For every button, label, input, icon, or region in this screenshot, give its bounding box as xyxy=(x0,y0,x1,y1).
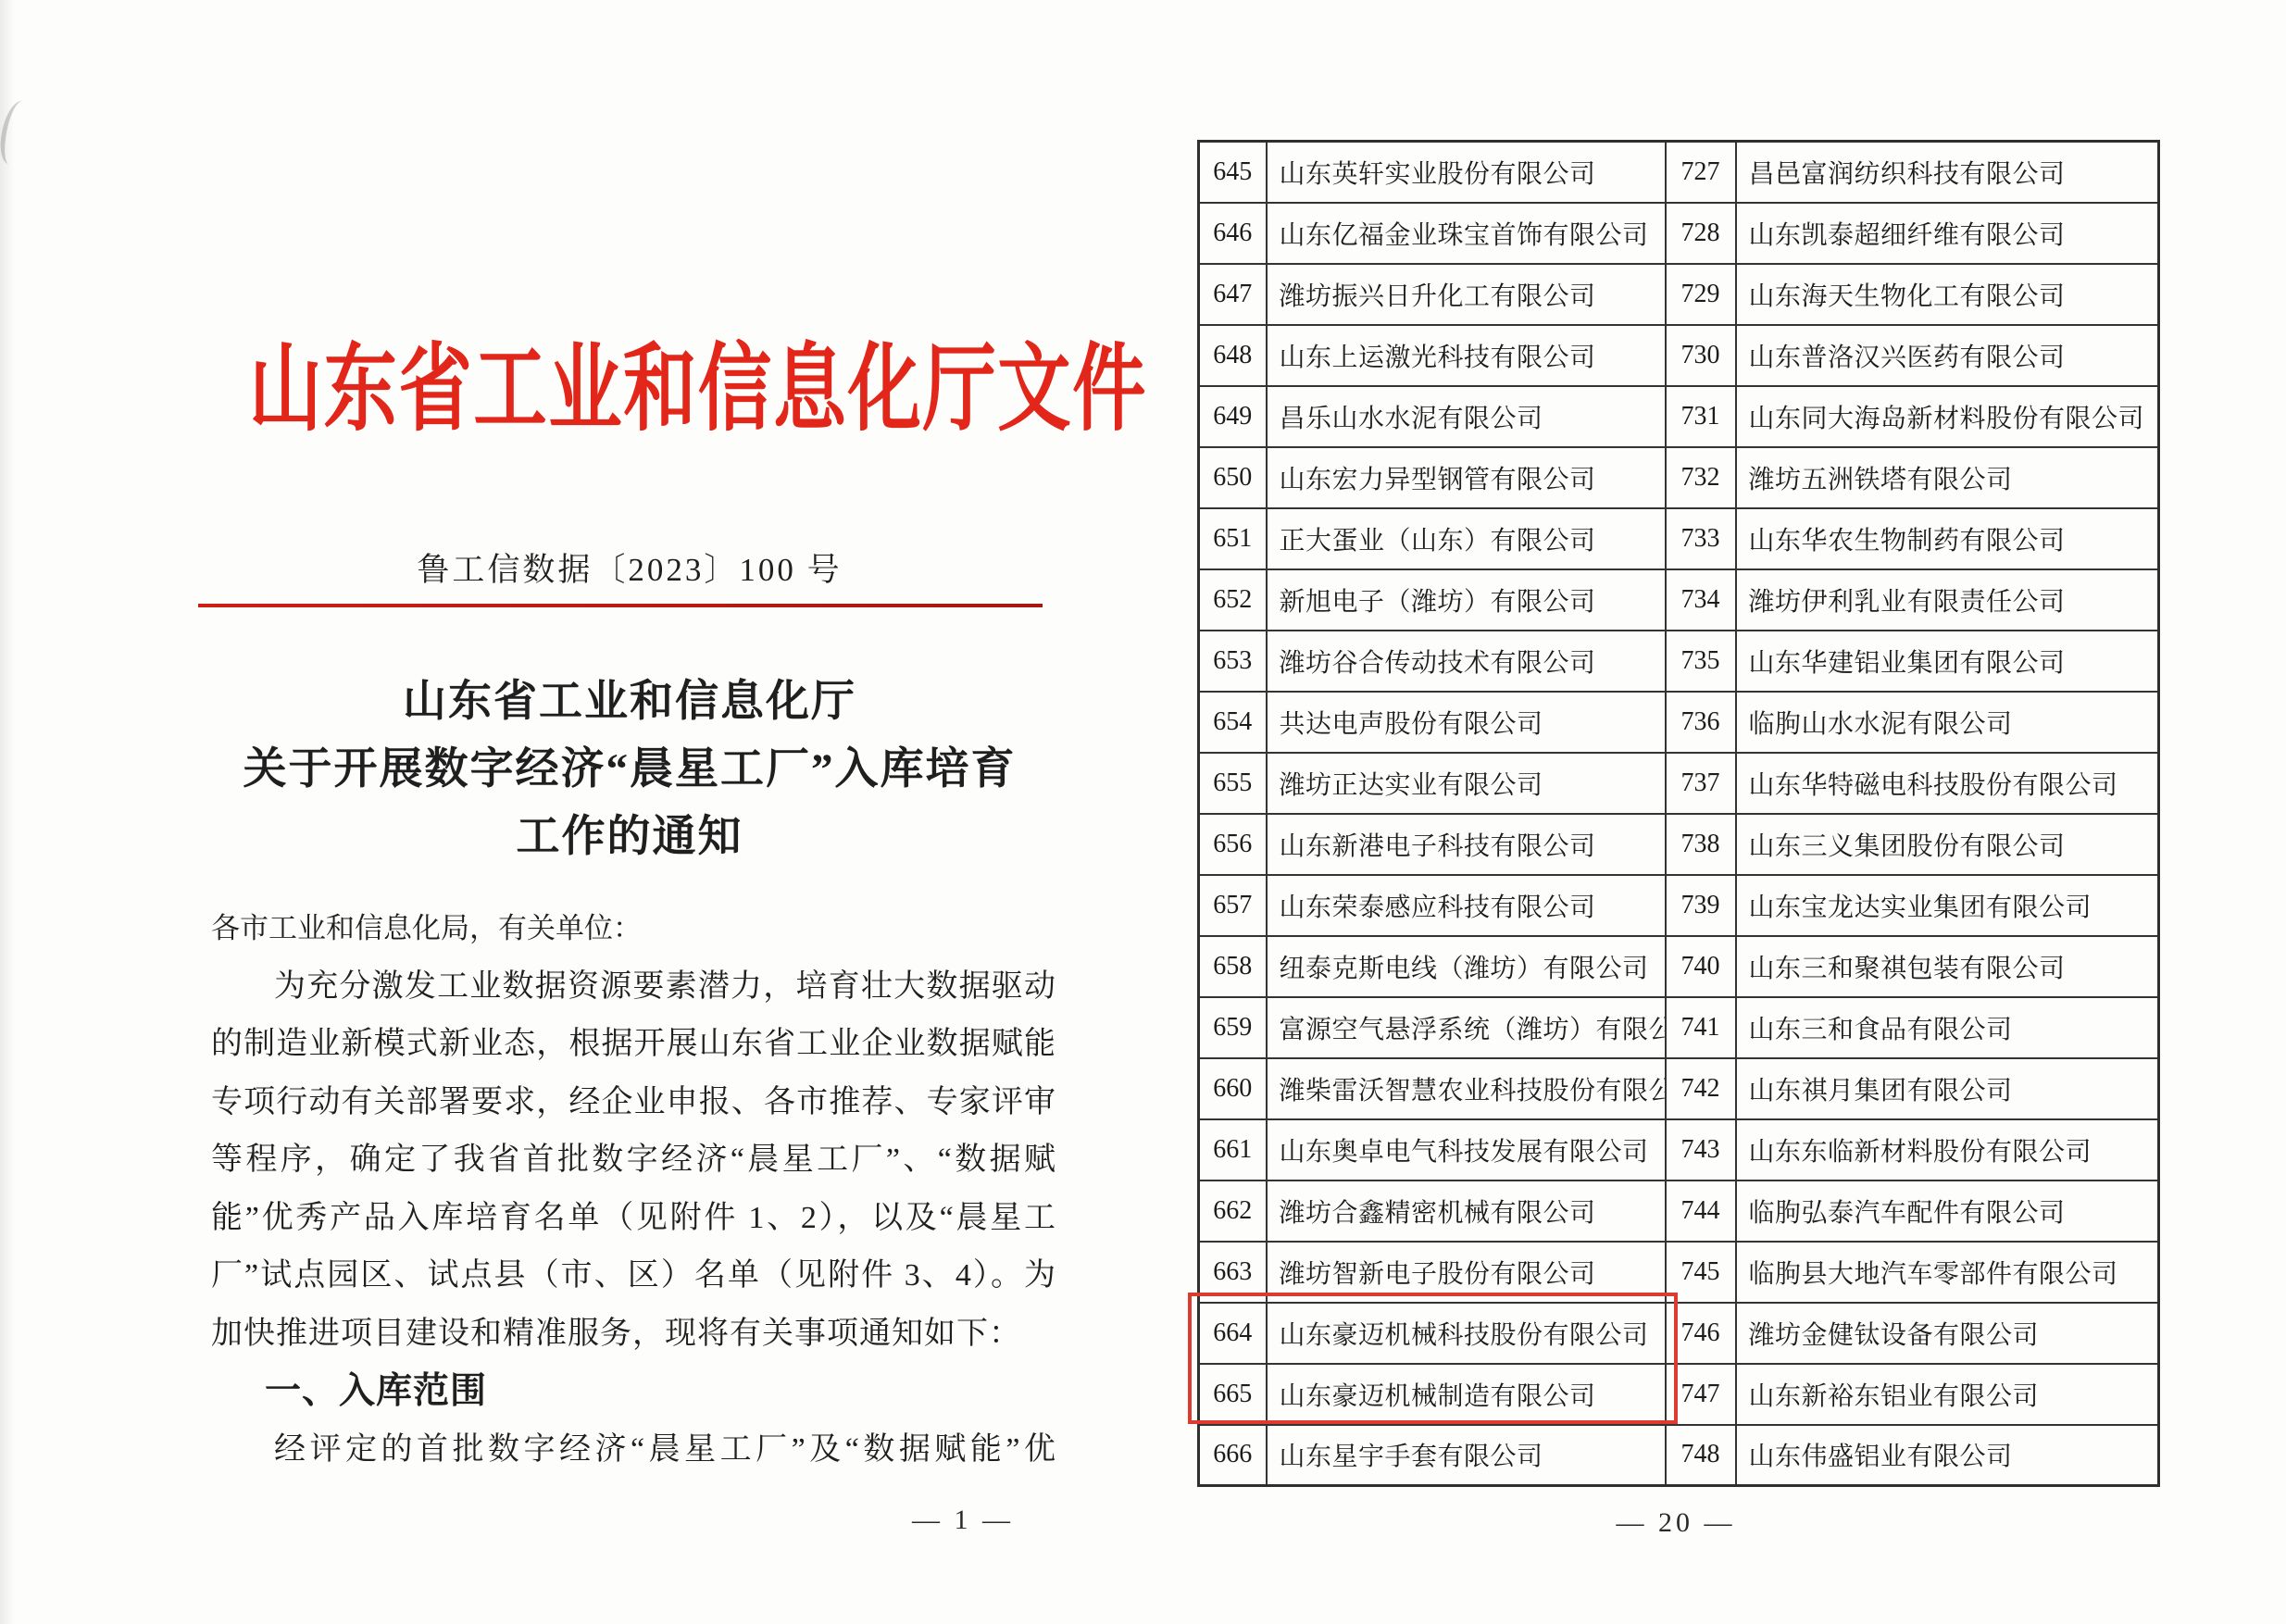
row-number: 656 xyxy=(1199,814,1267,875)
scanned-document: 山东省工业和信息化厅文件 鲁工信数据〔2023〕100 号 山东省工业和信息化厅… xyxy=(0,0,2286,1624)
row-number: 729 xyxy=(1666,264,1736,325)
table-row: 652新旭电子（潍坊）有限公司734潍坊伊利乳业有限责任公司 xyxy=(1199,569,2159,631)
company-name: 山东华特磁电科技股份有限公司 xyxy=(1736,753,2159,814)
row-number: 666 xyxy=(1199,1425,1267,1486)
table-row: 653潍坊谷合传动技术有限公司735山东华建铝业集团有限公司 xyxy=(1199,631,2159,692)
company-name: 山东三和食品有限公司 xyxy=(1736,997,2159,1058)
row-number: 731 xyxy=(1666,386,1736,447)
row-number: 645 xyxy=(1199,142,1267,203)
salutation-line: 各市工业和信息化局，有关单位： xyxy=(211,900,1056,958)
company-name: 山东宝龙达实业集团有限公司 xyxy=(1736,875,2159,936)
agency-letterhead-title: 山东省工业和信息化厅文件 xyxy=(249,335,1047,456)
body-line: 能”优秀产品入库培育名单（见附件 1、2），以及“晨星工 xyxy=(211,1190,1056,1248)
company-name: 潍坊合鑫精密机械有限公司 xyxy=(1267,1181,1666,1242)
company-name: 山东亿福金业珠宝首饰有限公司 xyxy=(1267,203,1666,264)
table-row: 645山东英轩实业股份有限公司727昌邑富润纺织科技有限公司 xyxy=(1199,142,2159,203)
table-row: 666山东星宇手套有限公司748山东伟盛铝业有限公司 xyxy=(1199,1425,2159,1486)
body-line: 等程序，确定了我省首批数字经济“晨星工厂”、“数据赋 xyxy=(211,1131,1056,1190)
company-name: 山东新裕东铝业有限公司 xyxy=(1736,1364,2159,1425)
row-number: 647 xyxy=(1199,264,1267,325)
row-number: 660 xyxy=(1199,1058,1267,1119)
row-number: 661 xyxy=(1199,1119,1267,1181)
row-number: 665 xyxy=(1199,1364,1267,1425)
row-number: 651 xyxy=(1199,508,1267,569)
company-name: 正大蛋业（山东）有限公司 xyxy=(1267,508,1666,569)
company-name: 山东祺月集团有限公司 xyxy=(1736,1058,2159,1119)
company-name: 潍柴雷沃智慧农业科技股份有限公司 xyxy=(1267,1058,1666,1119)
body-line: 厂”试点园区、试点县（市、区）名单（见附件 3、4）。为 xyxy=(211,1247,1056,1305)
company-name: 临朐山水水泥有限公司 xyxy=(1736,692,2159,753)
company-name: 潍坊智新电子股份有限公司 xyxy=(1267,1242,1666,1303)
table-row: 662潍坊合鑫精密机械有限公司744临朐弘泰汽车配件有限公司 xyxy=(1199,1181,2159,1242)
table-row: 648山东上运激光科技有限公司730山东普洛汉兴医药有限公司 xyxy=(1199,325,2159,386)
company-name: 昌乐山水水泥有限公司 xyxy=(1267,386,1666,447)
row-number: 655 xyxy=(1199,753,1267,814)
letterhead-divider-rule xyxy=(198,604,1043,607)
document-number: 鲁工信数据〔2023〕100 号 xyxy=(213,544,1046,591)
table-row: 655潍坊正达实业有限公司737山东华特磁电科技股份有限公司 xyxy=(1199,753,2159,814)
company-name: 山东豪迈机械制造有限公司 xyxy=(1267,1364,1666,1425)
company-name: 山东英轩实业股份有限公司 xyxy=(1267,142,1666,203)
row-number: 747 xyxy=(1666,1364,1736,1425)
row-number: 744 xyxy=(1666,1181,1736,1242)
table-row: 659富源空气悬浮系统（潍坊）有限公司741山东三和食品有限公司 xyxy=(1199,997,2159,1058)
row-number: 735 xyxy=(1666,631,1736,692)
row-number: 733 xyxy=(1666,508,1736,569)
notice-title-line: 山东省工业和信息化厅 xyxy=(194,668,1065,736)
company-name: 临朐弘泰汽车配件有限公司 xyxy=(1736,1181,2159,1242)
row-number: 664 xyxy=(1199,1303,1267,1364)
company-table: 645山东英轩实业股份有限公司727昌邑富润纺织科技有限公司646山东亿福金业珠… xyxy=(1197,140,2160,1487)
company-name: 山东三义集团股份有限公司 xyxy=(1736,814,2159,875)
row-number: 654 xyxy=(1199,692,1267,753)
page-number-right: — 20 — xyxy=(1583,1507,1768,1539)
company-name: 新旭电子（潍坊）有限公司 xyxy=(1267,569,1666,631)
company-name: 临朐县大地汽车零部件有限公司 xyxy=(1736,1242,2159,1303)
company-name: 潍坊谷合传动技术有限公司 xyxy=(1267,631,1666,692)
table-row: 650山东宏力异型钢管有限公司732潍坊五洲铁塔有限公司 xyxy=(1199,447,2159,508)
row-number: 745 xyxy=(1666,1242,1736,1303)
row-number: 663 xyxy=(1199,1242,1267,1303)
company-name: 潍坊伊利乳业有限责任公司 xyxy=(1736,569,2159,631)
row-number: 659 xyxy=(1199,997,1267,1058)
row-number: 727 xyxy=(1666,142,1736,203)
body-line: 经评定的首批数字经济“晨星工厂”及“数据赋能”优 xyxy=(211,1421,1056,1480)
company-name: 山东伟盛铝业有限公司 xyxy=(1736,1425,2159,1486)
notice-body: 各市工业和信息化局，有关单位： 为充分激发工业数据资源要素潜力，培育壮大数据驱动… xyxy=(211,900,1056,1479)
row-number: 646 xyxy=(1199,203,1267,264)
company-table-wrap: 645山东英轩实业股份有限公司727昌邑富润纺织科技有限公司646山东亿福金业珠… xyxy=(1197,140,2160,1487)
company-name: 纽泰克斯电线（潍坊）有限公司 xyxy=(1267,936,1666,997)
row-number: 743 xyxy=(1666,1119,1736,1181)
section-heading: 一、入库范围 xyxy=(211,1363,1056,1421)
table-row: 661山东奥卓电气科技发展有限公司743山东东临新材料股份有限公司 xyxy=(1199,1119,2159,1181)
row-number: 730 xyxy=(1666,325,1736,386)
table-row: 651正大蛋业（山东）有限公司733山东华农生物制药有限公司 xyxy=(1199,508,2159,569)
company-name: 山东星宇手套有限公司 xyxy=(1267,1425,1666,1486)
row-number: 746 xyxy=(1666,1303,1736,1364)
company-name: 山东奥卓电气科技发展有限公司 xyxy=(1267,1119,1666,1181)
row-number: 734 xyxy=(1666,569,1736,631)
company-name: 山东东临新材料股份有限公司 xyxy=(1736,1119,2159,1181)
row-number: 649 xyxy=(1199,386,1267,447)
row-number: 648 xyxy=(1199,325,1267,386)
row-number: 728 xyxy=(1666,203,1736,264)
company-name: 山东上运激光科技有限公司 xyxy=(1267,325,1666,386)
row-number: 650 xyxy=(1199,447,1267,508)
body-line: 为充分激发工业数据资源要素潜力，培育壮大数据驱动 xyxy=(211,958,1056,1017)
company-name: 潍坊五洲铁塔有限公司 xyxy=(1736,447,2159,508)
company-name: 昌邑富润纺织科技有限公司 xyxy=(1736,142,2159,203)
company-name: 富源空气悬浮系统（潍坊）有限公司 xyxy=(1267,997,1666,1058)
row-number: 740 xyxy=(1666,936,1736,997)
page-number-left: — 1 — xyxy=(870,1505,1056,1536)
notice-title-line: 工作的通知 xyxy=(194,804,1065,871)
company-name: 潍坊振兴日升化工有限公司 xyxy=(1267,264,1666,325)
row-number: 653 xyxy=(1199,631,1267,692)
company-name: 山东凯泰超细纤维有限公司 xyxy=(1736,203,2159,264)
row-number: 742 xyxy=(1666,1058,1736,1119)
company-name: 山东宏力异型钢管有限公司 xyxy=(1267,447,1666,508)
row-number: 732 xyxy=(1666,447,1736,508)
body-line: 加快推进项目建设和精准服务，现将有关事项通知如下： xyxy=(211,1305,1056,1364)
row-number: 652 xyxy=(1199,569,1267,631)
table-row-highlighted: 665山东豪迈机械制造有限公司747山东新裕东铝业有限公司 xyxy=(1199,1364,2159,1425)
table-row: 663潍坊智新电子股份有限公司745临朐县大地汽车零部件有限公司 xyxy=(1199,1242,2159,1303)
company-name: 山东华农生物制药有限公司 xyxy=(1736,508,2159,569)
table-row: 647潍坊振兴日升化工有限公司729山东海天生物化工有限公司 xyxy=(1199,264,2159,325)
company-name: 山东普洛汉兴医药有限公司 xyxy=(1736,325,2159,386)
notice-title: 山东省工业和信息化厅 关于开展数字经济“晨星工厂”入库培育 工作的通知 xyxy=(194,668,1065,871)
table-row: 646山东亿福金业珠宝首饰有限公司728山东凯泰超细纤维有限公司 xyxy=(1199,203,2159,264)
row-number: 739 xyxy=(1666,875,1736,936)
table-row: 658纽泰克斯电线（潍坊）有限公司740山东三和聚祺包装有限公司 xyxy=(1199,936,2159,997)
table-row: 654共达电声股份有限公司736临朐山水水泥有限公司 xyxy=(1199,692,2159,753)
body-line: 的制造业新模式新业态，根据开展山东省工业企业数据赋能 xyxy=(211,1016,1056,1074)
row-number: 737 xyxy=(1666,753,1736,814)
company-name: 潍坊金健钛设备有限公司 xyxy=(1736,1303,2159,1364)
company-name: 山东豪迈机械科技股份有限公司 xyxy=(1267,1303,1666,1364)
row-number: 738 xyxy=(1666,814,1736,875)
company-name: 山东荣泰感应科技有限公司 xyxy=(1267,875,1666,936)
table-row: 649昌乐山水水泥有限公司731山东同大海岛新材料股份有限公司 xyxy=(1199,386,2159,447)
table-row: 656山东新港电子科技有限公司738山东三义集团股份有限公司 xyxy=(1199,814,2159,875)
company-name: 山东华建铝业集团有限公司 xyxy=(1736,631,2159,692)
notice-title-line: 关于开展数字经济“晨星工厂”入库培育 xyxy=(194,736,1065,804)
scan-edge-shadow xyxy=(0,0,15,1624)
body-line: 专项行动有关部署要求，经企业申报、各市推荐、专家评审 xyxy=(211,1074,1056,1132)
table-row: 660潍柴雷沃智慧农业科技股份有限公司742山东祺月集团有限公司 xyxy=(1199,1058,2159,1119)
table-row: 657山东荣泰感应科技有限公司739山东宝龙达实业集团有限公司 xyxy=(1199,875,2159,936)
company-name: 山东同大海岛新材料股份有限公司 xyxy=(1736,386,2159,447)
row-number: 657 xyxy=(1199,875,1267,936)
row-number: 662 xyxy=(1199,1181,1267,1242)
row-number: 658 xyxy=(1199,936,1267,997)
company-name: 山东海天生物化工有限公司 xyxy=(1736,264,2159,325)
row-number: 736 xyxy=(1666,692,1736,753)
row-number: 741 xyxy=(1666,997,1736,1058)
company-name: 山东新港电子科技有限公司 xyxy=(1267,814,1666,875)
table-row-highlighted: 664山东豪迈机械科技股份有限公司746潍坊金健钛设备有限公司 xyxy=(1199,1303,2159,1364)
company-name: 共达电声股份有限公司 xyxy=(1267,692,1666,753)
company-name: 山东三和聚祺包装有限公司 xyxy=(1736,936,2159,997)
row-number: 748 xyxy=(1666,1425,1736,1486)
company-name: 潍坊正达实业有限公司 xyxy=(1267,753,1666,814)
